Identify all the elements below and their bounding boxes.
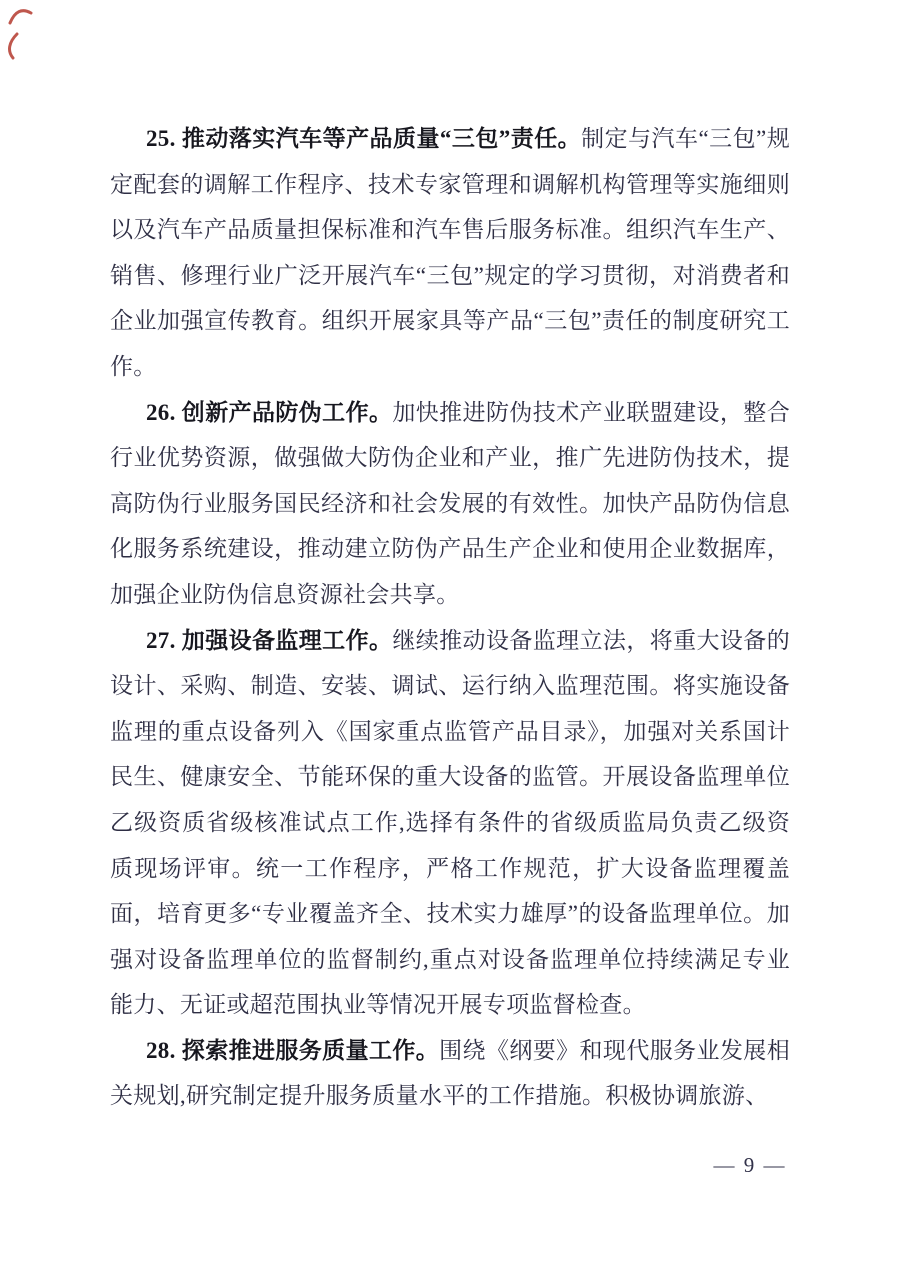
page-number: — 9 — — [700, 1153, 800, 1178]
document-text: 25. 推动落实汽车等产品质量“三包”责任。制定与汽车“三包”规定配套的调解工作… — [110, 116, 790, 1119]
paragraph-25: 25. 推动落实汽车等产品质量“三包”责任。制定与汽车“三包”规定配套的调解工作… — [110, 116, 790, 390]
paragraph-28: 28. 探索推进服务质量工作。围绕《纲要》和现代服务业发展相关规划,研究制定提升… — [110, 1028, 790, 1119]
paragraph-25-body: 制定与汽车“三包”规定配套的调解工作程序、技术专家管理和调解机构管理等实施细则以… — [110, 126, 790, 379]
red-pen-mark-icon — [8, 4, 34, 28]
paragraph-26: 26. 创新产品防伪工作。加快推进防伪技术产业联盟建设，整合行业优势资源，做强做… — [110, 390, 790, 618]
paragraph-28-heading: 28. 探索推进服务质量工作。 — [146, 1038, 439, 1063]
paragraph-26-body: 加快推进防伪技术产业联盟建设，整合行业优势资源，做强做大防伪企业和产业，推广先进… — [110, 400, 790, 607]
scanned-document-page: 25. 推动落实汽车等产品质量“三包”责任。制定与汽车“三包”规定配套的调解工作… — [0, 0, 900, 1273]
paragraph-26-heading: 26. 创新产品防伪工作。 — [146, 400, 392, 425]
paragraph-27-body: 继续推动设备监理立法，将重大设备的设计、采购、制造、安装、调试、运行纳入监理范围… — [110, 628, 790, 1018]
paragraph-25-heading: 25. 推动落实汽车等产品质量“三包”责任。 — [146, 126, 581, 151]
paragraph-27: 27. 加强设备监理工作。继续推动设备监理立法，将重大设备的设计、采购、制造、安… — [110, 618, 790, 1028]
paragraph-27-heading: 27. 加强设备监理工作。 — [146, 628, 392, 653]
red-pen-mark-icon — [2, 32, 24, 60]
